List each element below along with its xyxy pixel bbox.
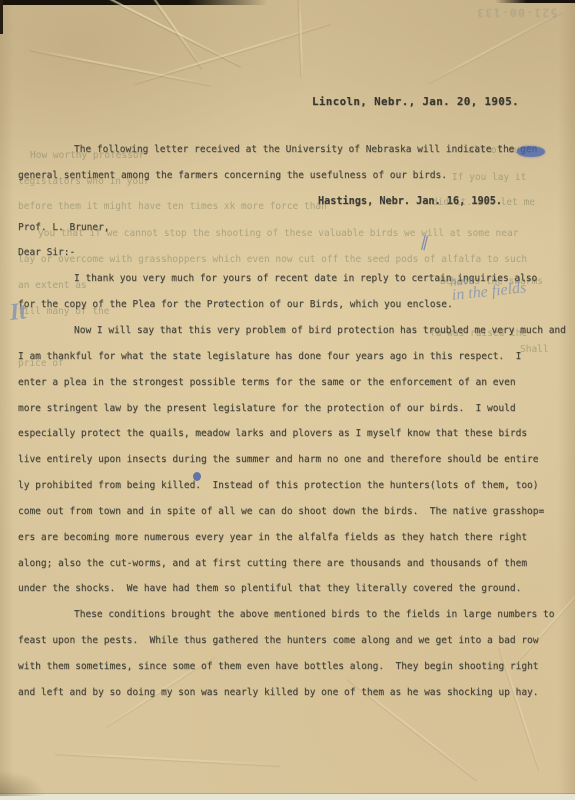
margin-note-it: It — [9, 298, 28, 327]
typed-line: These conditions brought the above menti… — [18, 609, 554, 620]
typed-line: Prof. L. Bruner, — [18, 222, 110, 233]
ink-scribble-over-gen — [517, 146, 545, 157]
paper-crease — [30, 48, 212, 85]
paper-crease — [428, 11, 561, 83]
typed-line: feast upon the pests. While thus gathere… — [18, 635, 538, 646]
scanned-letter-page: 521-00-133 Lincoln, Nebr., Jan. 20, 1905… — [0, 0, 575, 800]
typed-line: enter a plea in the strongest possible t… — [18, 377, 516, 388]
typed-line: The following letter received at the Uni… — [18, 144, 537, 155]
typed-line: ers are becoming more numerous every yea… — [18, 532, 527, 543]
scan-edge-left — [0, 0, 3, 34]
typed-line: more stringent law by the present legisl… — [18, 403, 516, 414]
typed-line: Now I will say that this very problem of… — [18, 325, 566, 336]
scan-corner-bottom-left — [0, 770, 46, 796]
ghost-text-fragment: lay or overcome with grasshoppers which … — [18, 254, 527, 265]
paper-crease — [299, 0, 304, 78]
scan-edge-top-right — [495, 0, 575, 3]
typed-line: and left and by so doing my son was near… — [18, 687, 538, 698]
ghost-text-fragment: Shall — [520, 344, 549, 355]
typed-line: ly prohibited from being killed. Instead… — [18, 480, 538, 491]
ghost-text-fragment: If you lay it — [452, 172, 526, 183]
pencil-catalog-number: 521-00-133 — [476, 6, 557, 19]
typed-line: Dear Sir:- — [18, 247, 75, 258]
typed-line: for the copy of the Plea for the Protect… — [18, 299, 453, 310]
insert-caret: ^ — [219, 300, 230, 315]
typed-line: especially protect the quails, meadow la… — [18, 428, 527, 439]
paper-crease — [55, 752, 280, 766]
typed-line: live entirely upon insects during the su… — [18, 454, 538, 465]
letter-dateline: Lincoln, Nebr., Jan. 20, 1905. — [312, 95, 519, 108]
scan-edge-top-left — [0, 0, 268, 5]
typed-line: Hastings, Nebr. Jan. 16, 1905. — [18, 196, 502, 207]
paper-crease — [116, 0, 204, 69]
scan-edge-bottom — [0, 793, 575, 800]
paper-crease — [49, 0, 241, 67]
typed-line: with them sometimes, since some of them … — [18, 661, 538, 672]
typed-line: along; also the cut-worms, and at first … — [18, 558, 527, 569]
typed-line: under the shocks. We have had them so pl… — [18, 583, 521, 594]
ghost-text-fragment: you that if we cannot stop the shooting … — [38, 228, 518, 239]
paper-crease — [134, 22, 331, 84]
typed-line: I am thankful for what the state legisla… — [18, 351, 521, 362]
ink-dot-on-killed — [193, 472, 201, 481]
typed-line: come out from town and in spite of all w… — [18, 506, 544, 517]
typed-line: general sentiment among the farmers conc… — [18, 170, 447, 181]
